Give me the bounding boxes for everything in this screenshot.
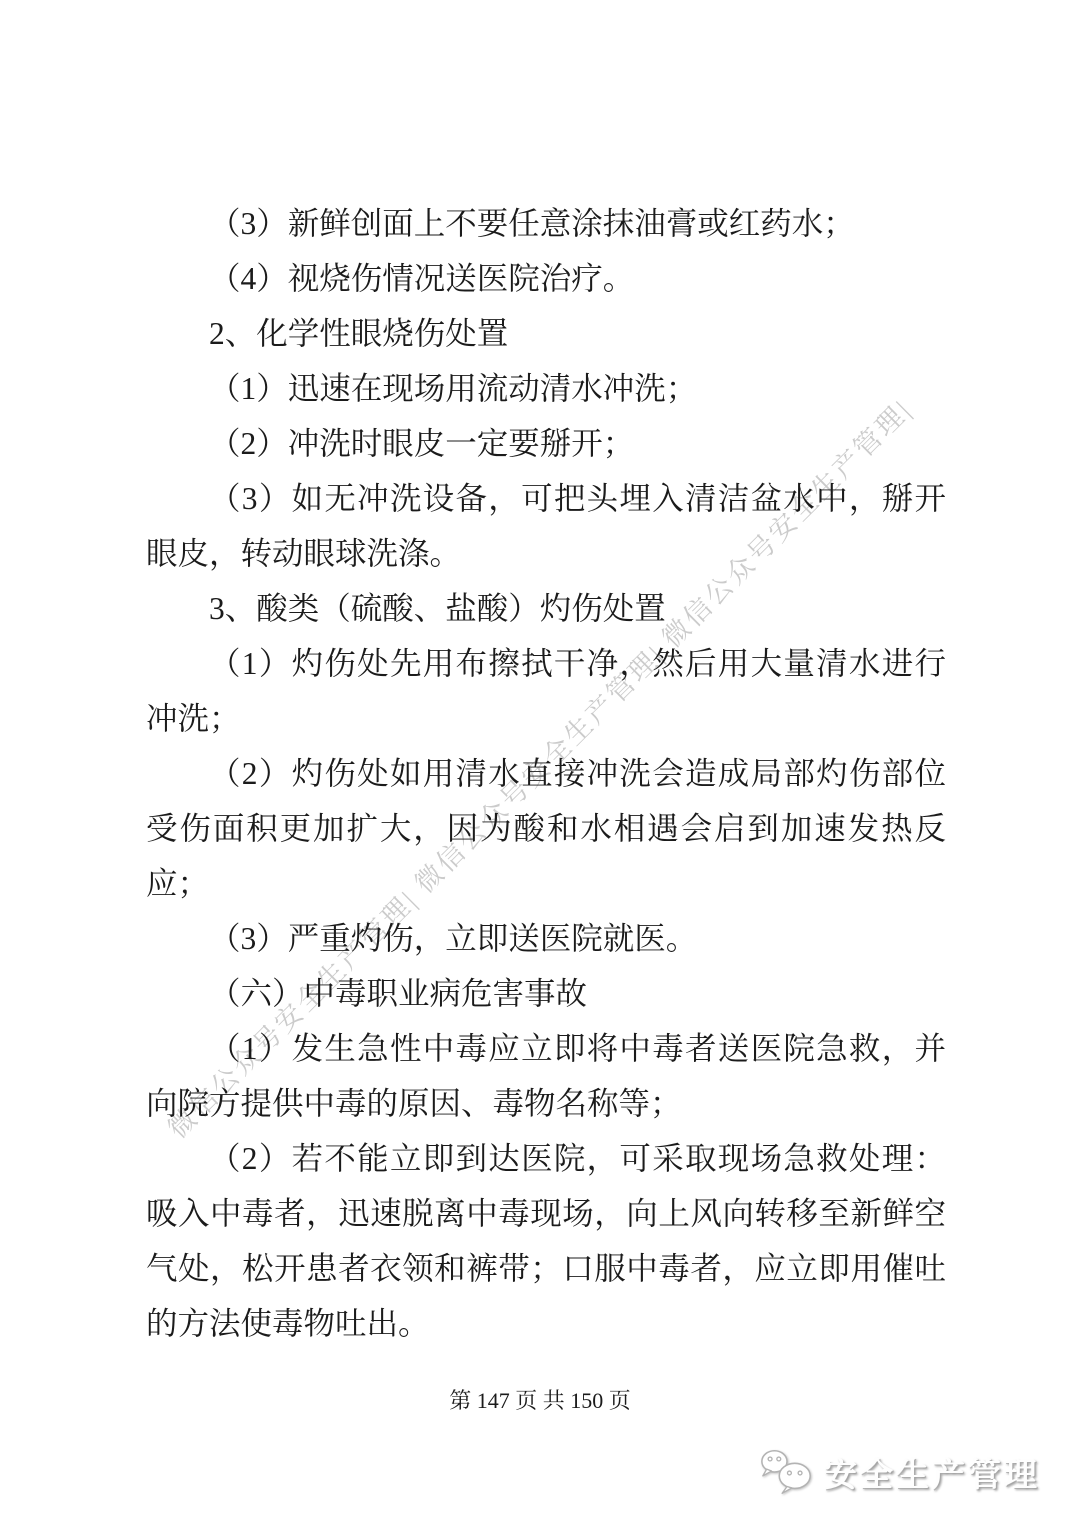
- paragraph: （3）严重灼伤，立即送医院就医。: [146, 911, 946, 966]
- paragraph: （1）发生急性中毒应立即将中毒者送医院急救，并向院方提供中毒的原因、毒物名称等；: [146, 1021, 946, 1131]
- document-body: （3）新鲜创面上不要任意涂抹油膏或红药水；（4）视烧伤情况送医院治疗。2、化学性…: [146, 196, 946, 1351]
- paragraph: 3、酸类（硫酸、盐酸）灼伤处置: [146, 581, 946, 636]
- page-number: 第 147 页 共 150 页: [0, 1384, 1080, 1415]
- paragraph: 2、化学性眼烧伤处置: [146, 306, 946, 361]
- paragraph: （1）灼伤处先用布擦拭干净，然后用大量清水进行冲洗；: [146, 636, 946, 746]
- paragraph: （4）视烧伤情况送医院治疗。: [146, 251, 946, 306]
- document-page: 微信公众号安全生产管理| 微信公众号安全生产管理| 微信公众号安全生产管理| （…: [0, 0, 1080, 1528]
- paragraph: （2）若不能立即到达医院，可采取现场急救处理：吸入中毒者，迅速脱离中毒现场，向上…: [146, 1131, 946, 1351]
- brand-label: 安全生产管理: [824, 1449, 1040, 1496]
- paragraph: （3）新鲜创面上不要任意涂抹油膏或红药水；: [146, 196, 946, 251]
- paragraph: （1）迅速在现场用流动清水冲洗；: [146, 361, 946, 416]
- brand-badge: 安全生产管理: [758, 1448, 1040, 1496]
- paragraph: （六）中毒职业病危害事故: [146, 966, 946, 1021]
- wechat-icon: [758, 1448, 816, 1496]
- paragraph: （2）冲洗时眼皮一定要掰开；: [146, 416, 946, 471]
- paragraph: （3）如无冲洗设备，可把头埋入清洁盆水中，掰开眼皮，转动眼球洗涤。: [146, 471, 946, 581]
- paragraph: （2）灼伤处如用清水直接冲洗会造成局部灼伤部位受伤面积更加扩大，因为酸和水相遇会…: [146, 746, 946, 911]
